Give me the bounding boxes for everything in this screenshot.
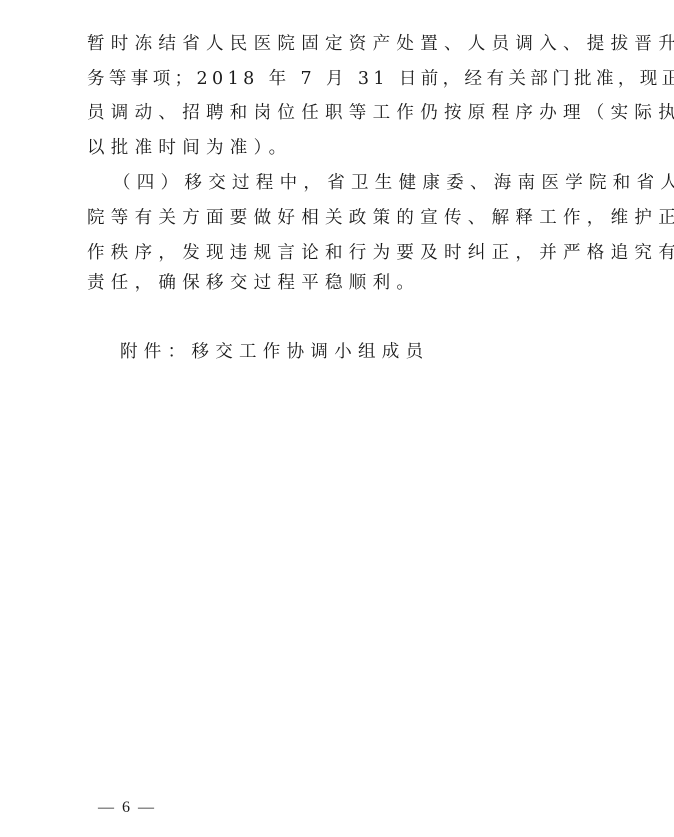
paragraph-line: 责任，确保移交过程平稳顺利。 [87, 272, 595, 294]
attachment-note: 附件：移交工作协调小组成员 [120, 341, 628, 363]
paragraph-line: 作秩序，发现违规言论和行为要及时纠正，并严格追究有关人员 [87, 242, 595, 264]
paragraph-line: 务等事项；2018 年 7 月 31 日前，经有关部门批准，现正实施的人 [87, 68, 595, 90]
paragraph-line: （四）移交过程中，省卫生健康委、海南医学院和省人民医 [113, 172, 595, 194]
paragraph-line: 暂时冻结省人民医院固定资产处置、人员调入、提拔晋升领导职 [87, 33, 595, 55]
paragraph-line: 员调动、招聘和岗位任职等工作仍按原程序办理（实际执行时间 [87, 102, 595, 124]
paragraph-line: 院等有关方面要做好相关政策的宣传、解释工作，维护正常的工 [87, 207, 595, 229]
paragraph-line: 以批准时间为准）。 [87, 137, 595, 159]
page-number: — 6 — [98, 799, 156, 817]
